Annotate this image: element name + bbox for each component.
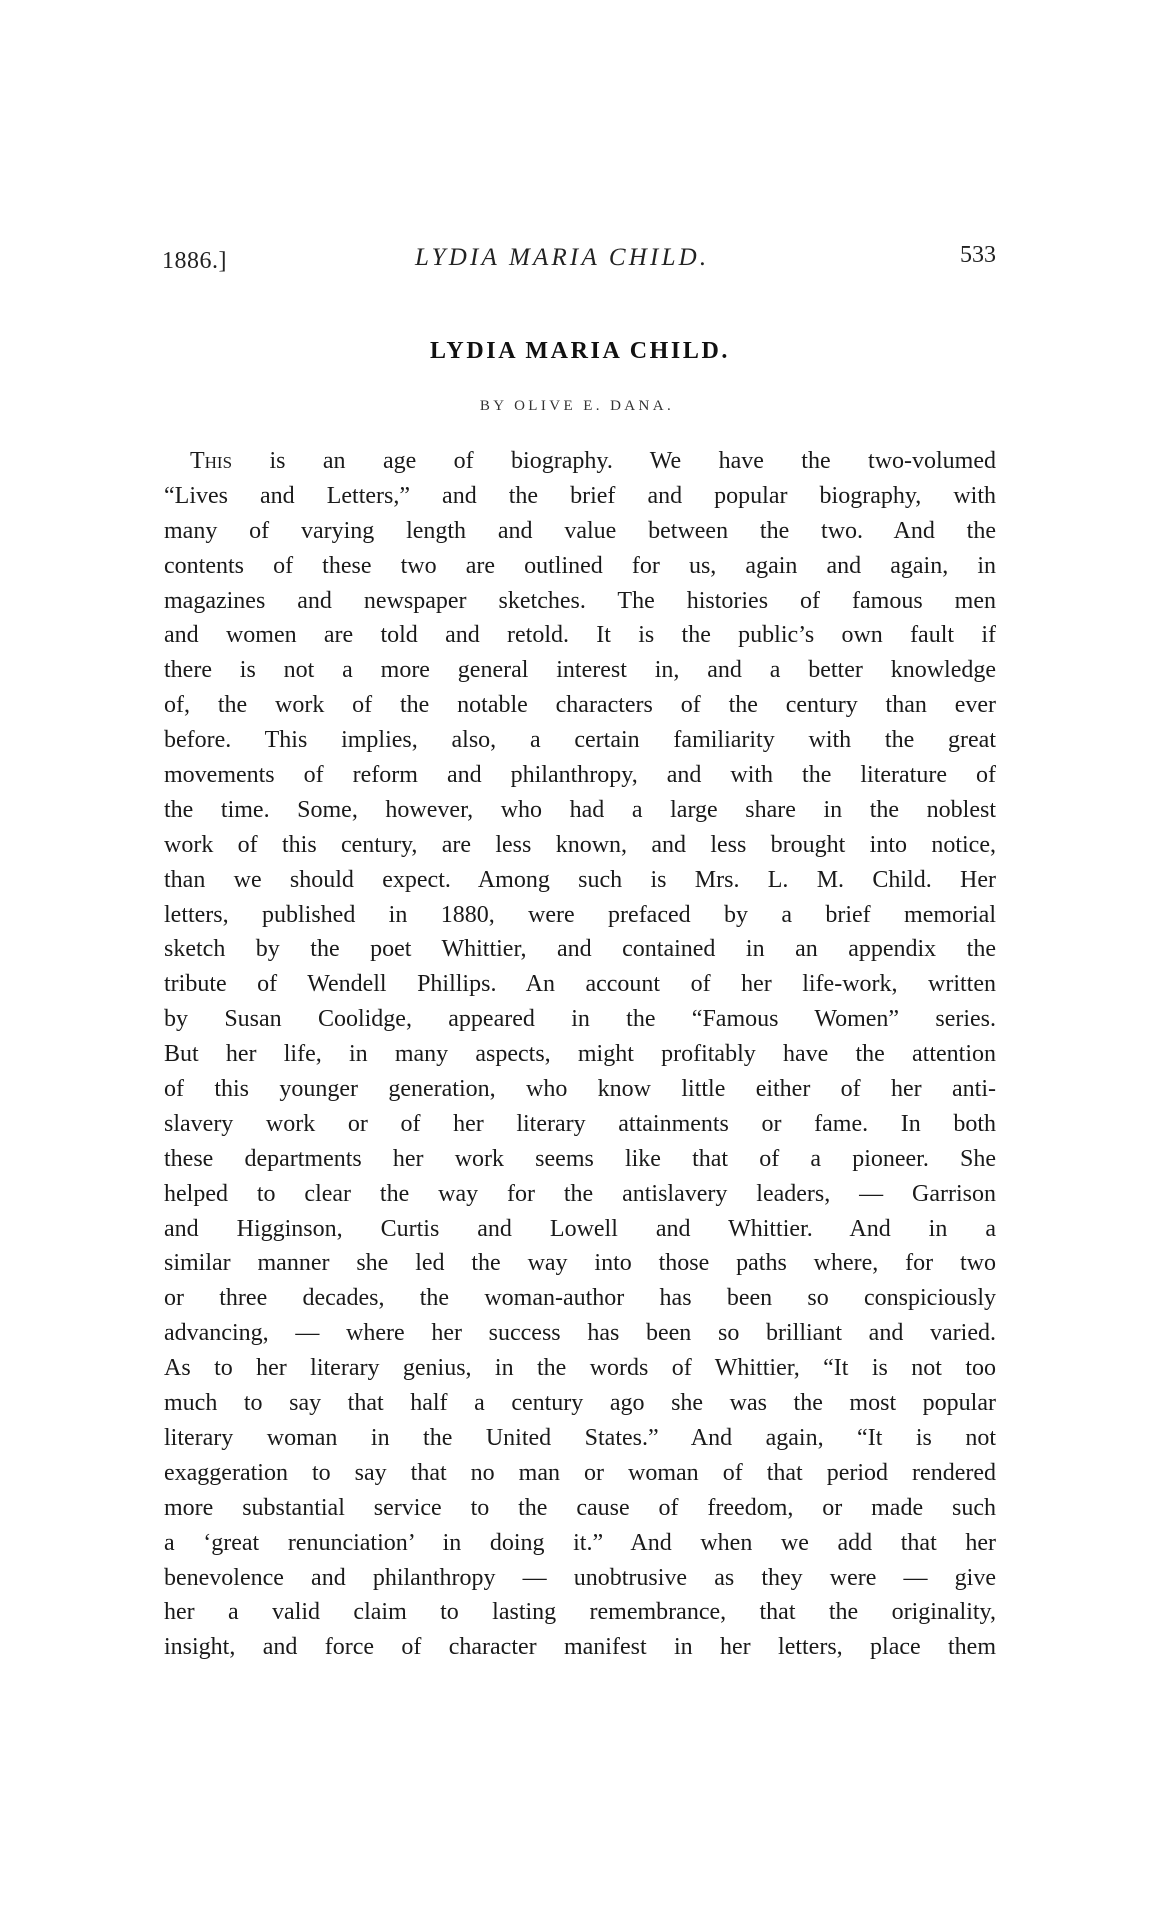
body-line: before. This implies, also, a certain fa… — [164, 723, 996, 758]
body-line: This is an age of biography. We have the… — [164, 444, 996, 479]
body-line: many of varying length and value between… — [164, 514, 996, 549]
article-title: LYDIA MARIA CHILD. — [0, 338, 1160, 365]
body-line: advancing, — where her success has been … — [164, 1316, 996, 1351]
body-line: As to her literary genius, in the words … — [164, 1351, 996, 1386]
body-line: these departments her work seems like th… — [164, 1142, 996, 1177]
opening-word: This — [190, 448, 232, 474]
body-line: a ‘great renunciation’ in doing it.” And… — [164, 1526, 996, 1561]
body-line: there is not a more general interest in,… — [164, 653, 996, 688]
article-body: This is an age of biography. We have the… — [164, 444, 996, 1665]
running-head-title: LYDIA MARIA CHILD. — [415, 244, 709, 272]
body-line: letters, published in 1880, were preface… — [164, 898, 996, 933]
body-line: exaggeration to say that no man or woman… — [164, 1456, 996, 1491]
body-line: work of this century, are less known, an… — [164, 828, 996, 863]
body-line: benevolence and philanthropy — unobtrusi… — [164, 1561, 996, 1596]
body-line: contents of these two are outlined for u… — [164, 549, 996, 584]
running-head: 1886.] LYDIA MARIA CHILD. 533 — [160, 244, 998, 276]
body-line: insight, and force of character manifest… — [164, 1630, 996, 1665]
body-line: movements of reform and philanthropy, an… — [164, 758, 996, 793]
body-line: of, the work of the notable characters o… — [164, 688, 996, 723]
body-line: “Lives and Letters,” and the brief and p… — [164, 479, 996, 514]
body-line: much to say that half a century ago she … — [164, 1386, 996, 1421]
body-line: slavery work or of her literary attainme… — [164, 1107, 996, 1142]
body-line: and women are told and retold. It is the… — [164, 618, 996, 653]
body-line: helped to clear the way for the antislav… — [164, 1177, 996, 1212]
body-line: tribute of Wendell Phillips. An account … — [164, 967, 996, 1002]
body-line: sketch by the poet Whittier, and contain… — [164, 932, 996, 967]
document-page: 1886.] LYDIA MARIA CHILD. 533 LYDIA MARI… — [0, 0, 1176, 1912]
body-line: the time. Some, however, who had a large… — [164, 793, 996, 828]
body-line: more substantial service to the cause of… — [164, 1491, 996, 1526]
body-line: literary woman in the United States.” An… — [164, 1421, 996, 1456]
body-line: and Higginson, Curtis and Lowell and Whi… — [164, 1212, 996, 1247]
body-line: or three decades, the woman-author has b… — [164, 1281, 996, 1316]
running-head-year: 1886.] — [162, 248, 227, 275]
body-line: her a valid claim to lasting remembrance… — [164, 1595, 996, 1630]
body-line: of this younger generation, who know lit… — [164, 1072, 996, 1107]
body-line: similar manner she led the way into thos… — [164, 1246, 996, 1281]
page-number: 533 — [960, 242, 996, 269]
body-line: by Susan Coolidge, appeared in the “Famo… — [164, 1002, 996, 1037]
article-byline: BY OLIVE E. DANA. — [0, 398, 1154, 415]
body-line: than we should expect. Among such is Mrs… — [164, 863, 996, 898]
body-line: magazines and newspaper sketches. The hi… — [164, 584, 996, 619]
body-line: But her life, in many aspects, might pro… — [164, 1037, 996, 1072]
